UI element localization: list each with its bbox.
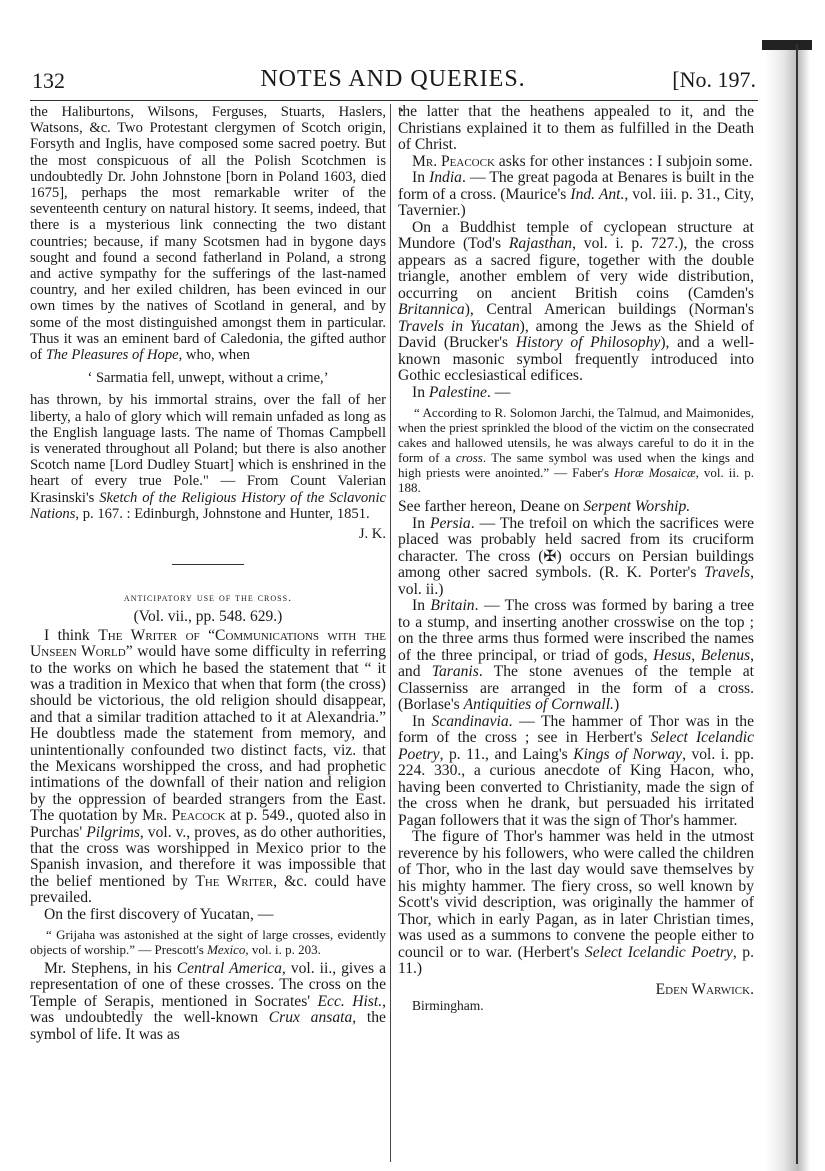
paragraph: Mr. Peacock asks for other instances : I… xyxy=(398,154,754,171)
verse-quotation: ‘ Sarmatia fell, unwept, without a crime… xyxy=(30,370,386,386)
paragraph: Mr. Stephens, in his Central America, vo… xyxy=(30,961,386,1043)
signature-place: Birmingham. xyxy=(398,998,754,1015)
paragraph: I think The Writer of “Communications wi… xyxy=(30,628,386,907)
block-quotation: “ According to R. Solomon Jarchi, the Ta… xyxy=(398,405,754,495)
section-reference: (Vol. vii., pp. 548. 629.) xyxy=(30,609,386,625)
column-divider xyxy=(390,104,391,1162)
paragraph: In Persia. — The trefoil on which the sa… xyxy=(398,516,754,599)
issue-number: [No. 197. xyxy=(672,67,756,93)
section-divider xyxy=(172,564,244,565)
print-speck: • xyxy=(400,104,404,121)
paragraph: The figure of Thor's hammer was held in … xyxy=(398,829,754,978)
paragraph: the latter that the heathens appealed to… xyxy=(398,104,754,154)
paragraph: On the first discovery of Yucatan, — xyxy=(30,907,386,923)
page-binding-top xyxy=(762,40,812,50)
page-header: 132 NOTES AND QUERIES. [No. 197. xyxy=(30,62,756,98)
paragraph: In Britain. — The cross was formed by ba… xyxy=(398,598,754,714)
page-binding-edge xyxy=(796,44,798,1164)
page-binding-shadow xyxy=(765,40,825,1171)
paragraph: In Palestine. — xyxy=(398,385,754,402)
signature: Eden Warwick. xyxy=(398,982,754,999)
signature: J. K. xyxy=(30,526,386,542)
running-title: NOTES AND QUERIES. xyxy=(30,66,756,93)
paragraph: In Scandinavia. — The hammer of Thor was… xyxy=(398,714,754,830)
paragraph: has thrown, by his immortal strains, ove… xyxy=(30,392,386,522)
header-rule xyxy=(30,100,758,101)
block-quotation: “ Grijaha was astonished at the sight of… xyxy=(30,927,386,957)
paragraph: In India. — The great pagoda at Benares … xyxy=(398,170,754,220)
section-title: Anticipatory use of the Cross. xyxy=(30,589,386,605)
right-column: • the latter that the heathens appealed … xyxy=(398,104,754,1015)
left-column: the Haliburtons, Wilsons, Ferguses, Stua… xyxy=(30,104,386,1043)
paragraph: On a Buddhist temple of cyclopean struct… xyxy=(398,220,754,385)
paragraph: the Haliburtons, Wilsons, Ferguses, Stua… xyxy=(30,104,386,363)
paragraph: See farther hereon, Deane on Serpent Wor… xyxy=(398,499,754,516)
